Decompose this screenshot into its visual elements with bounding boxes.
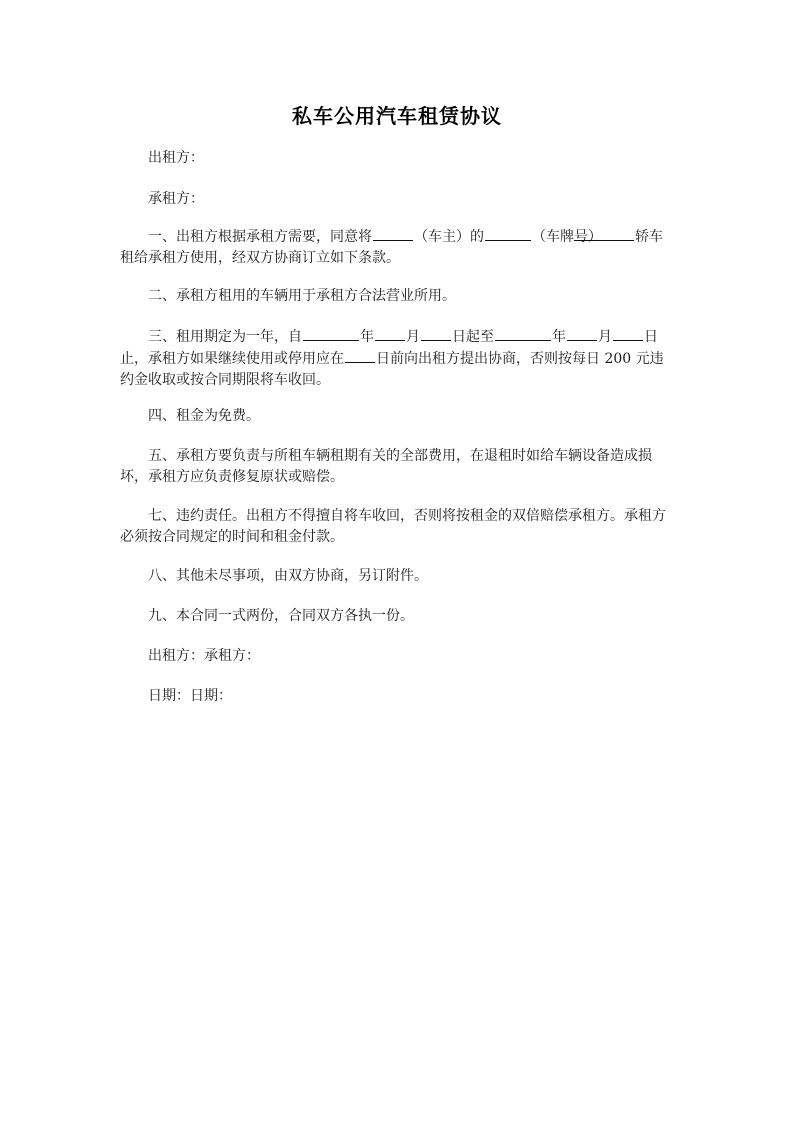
year-label: 年 — [360, 329, 374, 345]
clause-1: 一、出租方根据承租方需要，同意将（车主）的（车牌号）轿车租给承租方使用，经双方协… — [120, 226, 670, 269]
start-year-blank[interactable] — [303, 326, 359, 341]
end-day-blank[interactable] — [613, 326, 643, 341]
date-line: 日期：日期： — [120, 686, 670, 707]
clause-9: 九、本合同一式两份，合同双方各执一份。 — [120, 606, 670, 627]
owner-blank[interactable] — [373, 226, 413, 241]
end-month-blank[interactable] — [567, 326, 597, 341]
clause-3-text-a: 三、租用期定为一年，自 — [148, 329, 302, 345]
year-label: 年 — [552, 329, 566, 345]
document-page: 私车公用汽车租赁协议 出租方： 承租方： 一、出租方根据承租方需要，同意将（车主… — [0, 0, 794, 1123]
lessee-label: 承租方： — [120, 189, 670, 210]
clause-5: 五、承租方要负责与所租车辆租期有关的全部费用，在退租时如给车辆设备造成损坏，承租… — [120, 446, 670, 488]
clause-7: 七、违约责任。出租方不得擅自将车收回，否则将按租金的双倍赔偿承租方。承租方必须按… — [120, 506, 670, 548]
clause-8: 八、其他未尽事项，由双方协商，另订附件。 — [120, 566, 670, 587]
signature-line: 出租方：承租方： — [120, 646, 670, 667]
from-to-label: 日起至 — [452, 329, 494, 345]
end-year-blank[interactable] — [495, 326, 551, 341]
clause-4: 四、租金为免费。 — [120, 406, 670, 427]
plate-blank[interactable] — [485, 226, 531, 241]
clause-1-text-a: 一、出租方根据承租方需要，同意将 — [148, 229, 372, 245]
month-label: 月 — [598, 329, 612, 345]
month-label: 月 — [406, 329, 420, 345]
lessor-label: 出租方： — [120, 148, 670, 169]
car-model-blank[interactable] — [574, 226, 634, 241]
document-title: 私车公用汽车租赁协议 — [0, 100, 794, 129]
start-day-blank[interactable] — [421, 326, 451, 341]
clause-3: 三、租用期定为一年，自年月日起至年月日止，承租方如果继续使用或停用应在日前向出租… — [120, 326, 670, 391]
clause-2: 二、承租方租用的车辆用于承租方合法营业所用。 — [120, 286, 670, 307]
start-month-blank[interactable] — [375, 326, 405, 341]
notice-days-blank[interactable] — [345, 348, 375, 363]
clause-1-text-b: （车主）的 — [414, 229, 484, 245]
